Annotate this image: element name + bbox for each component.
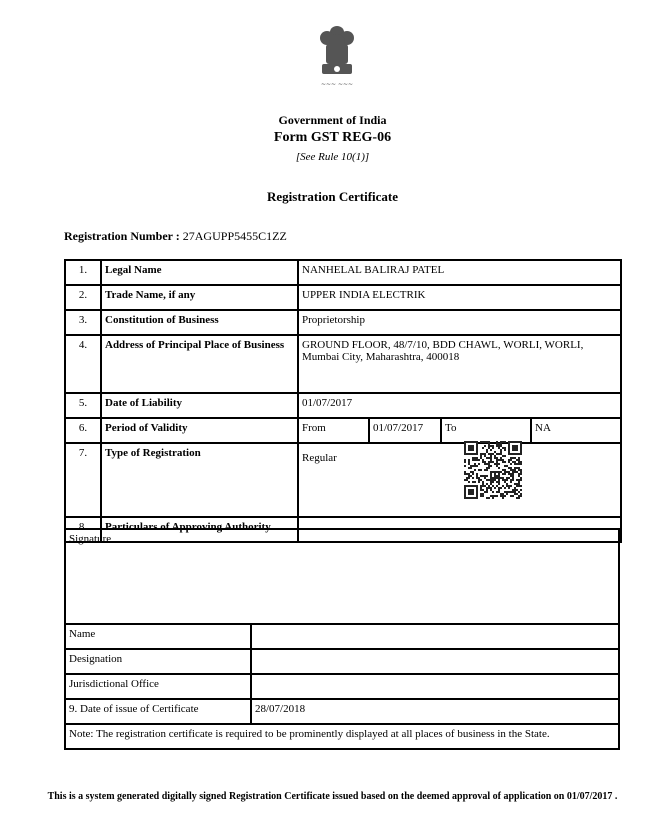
row-label: Date of Liability bbox=[101, 393, 298, 418]
designation-value bbox=[251, 649, 619, 674]
certificate-title: Registration Certificate bbox=[0, 189, 665, 205]
signature-label: Signature bbox=[65, 529, 619, 624]
row-number: 5. bbox=[65, 393, 101, 418]
rule-reference: [See Rule 10(1)] bbox=[0, 151, 665, 163]
display-note: Note: The registration certificate is re… bbox=[65, 724, 619, 749]
table-row: 2. Trade Name, if any UPPER INDIA ELECTR… bbox=[65, 285, 621, 310]
name-value bbox=[251, 624, 619, 649]
qr-code-icon bbox=[464, 441, 522, 499]
government-heading: Government of India bbox=[0, 113, 665, 128]
table-row: 1. Legal Name NANHELAL BALIRAJ PATEL bbox=[65, 260, 621, 285]
table-row: Note: The registration certificate is re… bbox=[65, 724, 619, 749]
form-title: Form GST REG-06 bbox=[0, 130, 665, 146]
validity-from-label: From bbox=[298, 418, 369, 443]
table-row: 9. Date of issue of Certificate 28/07/20… bbox=[65, 699, 619, 724]
registration-type-value: Regular bbox=[302, 452, 617, 464]
approving-authority-table: Signature Name Designation Jurisdictiona… bbox=[64, 528, 620, 750]
table-row: 5. Date of Liability 01/07/2017 bbox=[65, 393, 621, 418]
registration-number: Registration Number : 27AGUPP5455C1ZZ bbox=[64, 229, 287, 244]
validity-from-value: 01/07/2017 bbox=[369, 418, 441, 443]
row-number: 7. bbox=[65, 443, 101, 517]
row-number: 6. bbox=[65, 418, 101, 443]
row-number: 3. bbox=[65, 310, 101, 335]
table-row: 3. Constitution of Business Proprietorsh… bbox=[65, 310, 621, 335]
table-row: 7. Type of Registration Regular bbox=[65, 443, 621, 517]
legal-name-value: NANHELAL BALIRAJ PATEL bbox=[298, 260, 621, 285]
row-number: 2. bbox=[65, 285, 101, 310]
national-emblem-icon: ~~~ ~~~ bbox=[312, 22, 362, 94]
trade-name-value: UPPER INDIA ELECTRIK bbox=[298, 285, 621, 310]
issue-date-label: 9. Date of issue of Certificate bbox=[65, 699, 251, 724]
table-row: 6. Period of Validity From 01/07/2017 To… bbox=[65, 418, 621, 443]
row-label: Legal Name bbox=[101, 260, 298, 285]
table-row: Name bbox=[65, 624, 619, 649]
row-label: Type of Registration bbox=[101, 443, 298, 517]
row-label: Period of Validity bbox=[101, 418, 298, 443]
office-label: Jurisdictional Office bbox=[65, 674, 251, 699]
validity-to-value: NA bbox=[531, 418, 621, 443]
liability-date-value: 01/07/2017 bbox=[298, 393, 621, 418]
registration-type-cell: Regular bbox=[298, 443, 621, 517]
address-value: GROUND FLOOR, 48/7/10, BDD CHAWL, WORLI,… bbox=[298, 335, 621, 393]
row-label: Trade Name, if any bbox=[101, 285, 298, 310]
registration-number-value: 27AGUPP5455C1ZZ bbox=[183, 229, 287, 243]
office-value bbox=[251, 674, 619, 699]
table-row: Jurisdictional Office bbox=[65, 674, 619, 699]
row-number: 1. bbox=[65, 260, 101, 285]
row-number: 4. bbox=[65, 335, 101, 393]
registration-number-label: Registration Number : bbox=[64, 229, 180, 243]
row-label: Address of Principal Place of Business bbox=[101, 335, 298, 393]
validity-to-label: To bbox=[441, 418, 531, 443]
svg-text:~~~ ~~~: ~~~ ~~~ bbox=[321, 81, 353, 88]
issue-date-value: 28/07/2018 bbox=[251, 699, 619, 724]
row-label: Constitution of Business bbox=[101, 310, 298, 335]
signature-row: Signature bbox=[65, 529, 619, 624]
table-row: 4. Address of Principal Place of Busines… bbox=[65, 335, 621, 393]
table-row: Designation bbox=[65, 649, 619, 674]
name-label: Name bbox=[65, 624, 251, 649]
certificate-details-table: 1. Legal Name NANHELAL BALIRAJ PATEL 2. … bbox=[64, 259, 622, 543]
system-generated-footer: This is a system generated digitally sig… bbox=[0, 791, 665, 802]
designation-label: Designation bbox=[65, 649, 251, 674]
constitution-value: Proprietorship bbox=[298, 310, 621, 335]
